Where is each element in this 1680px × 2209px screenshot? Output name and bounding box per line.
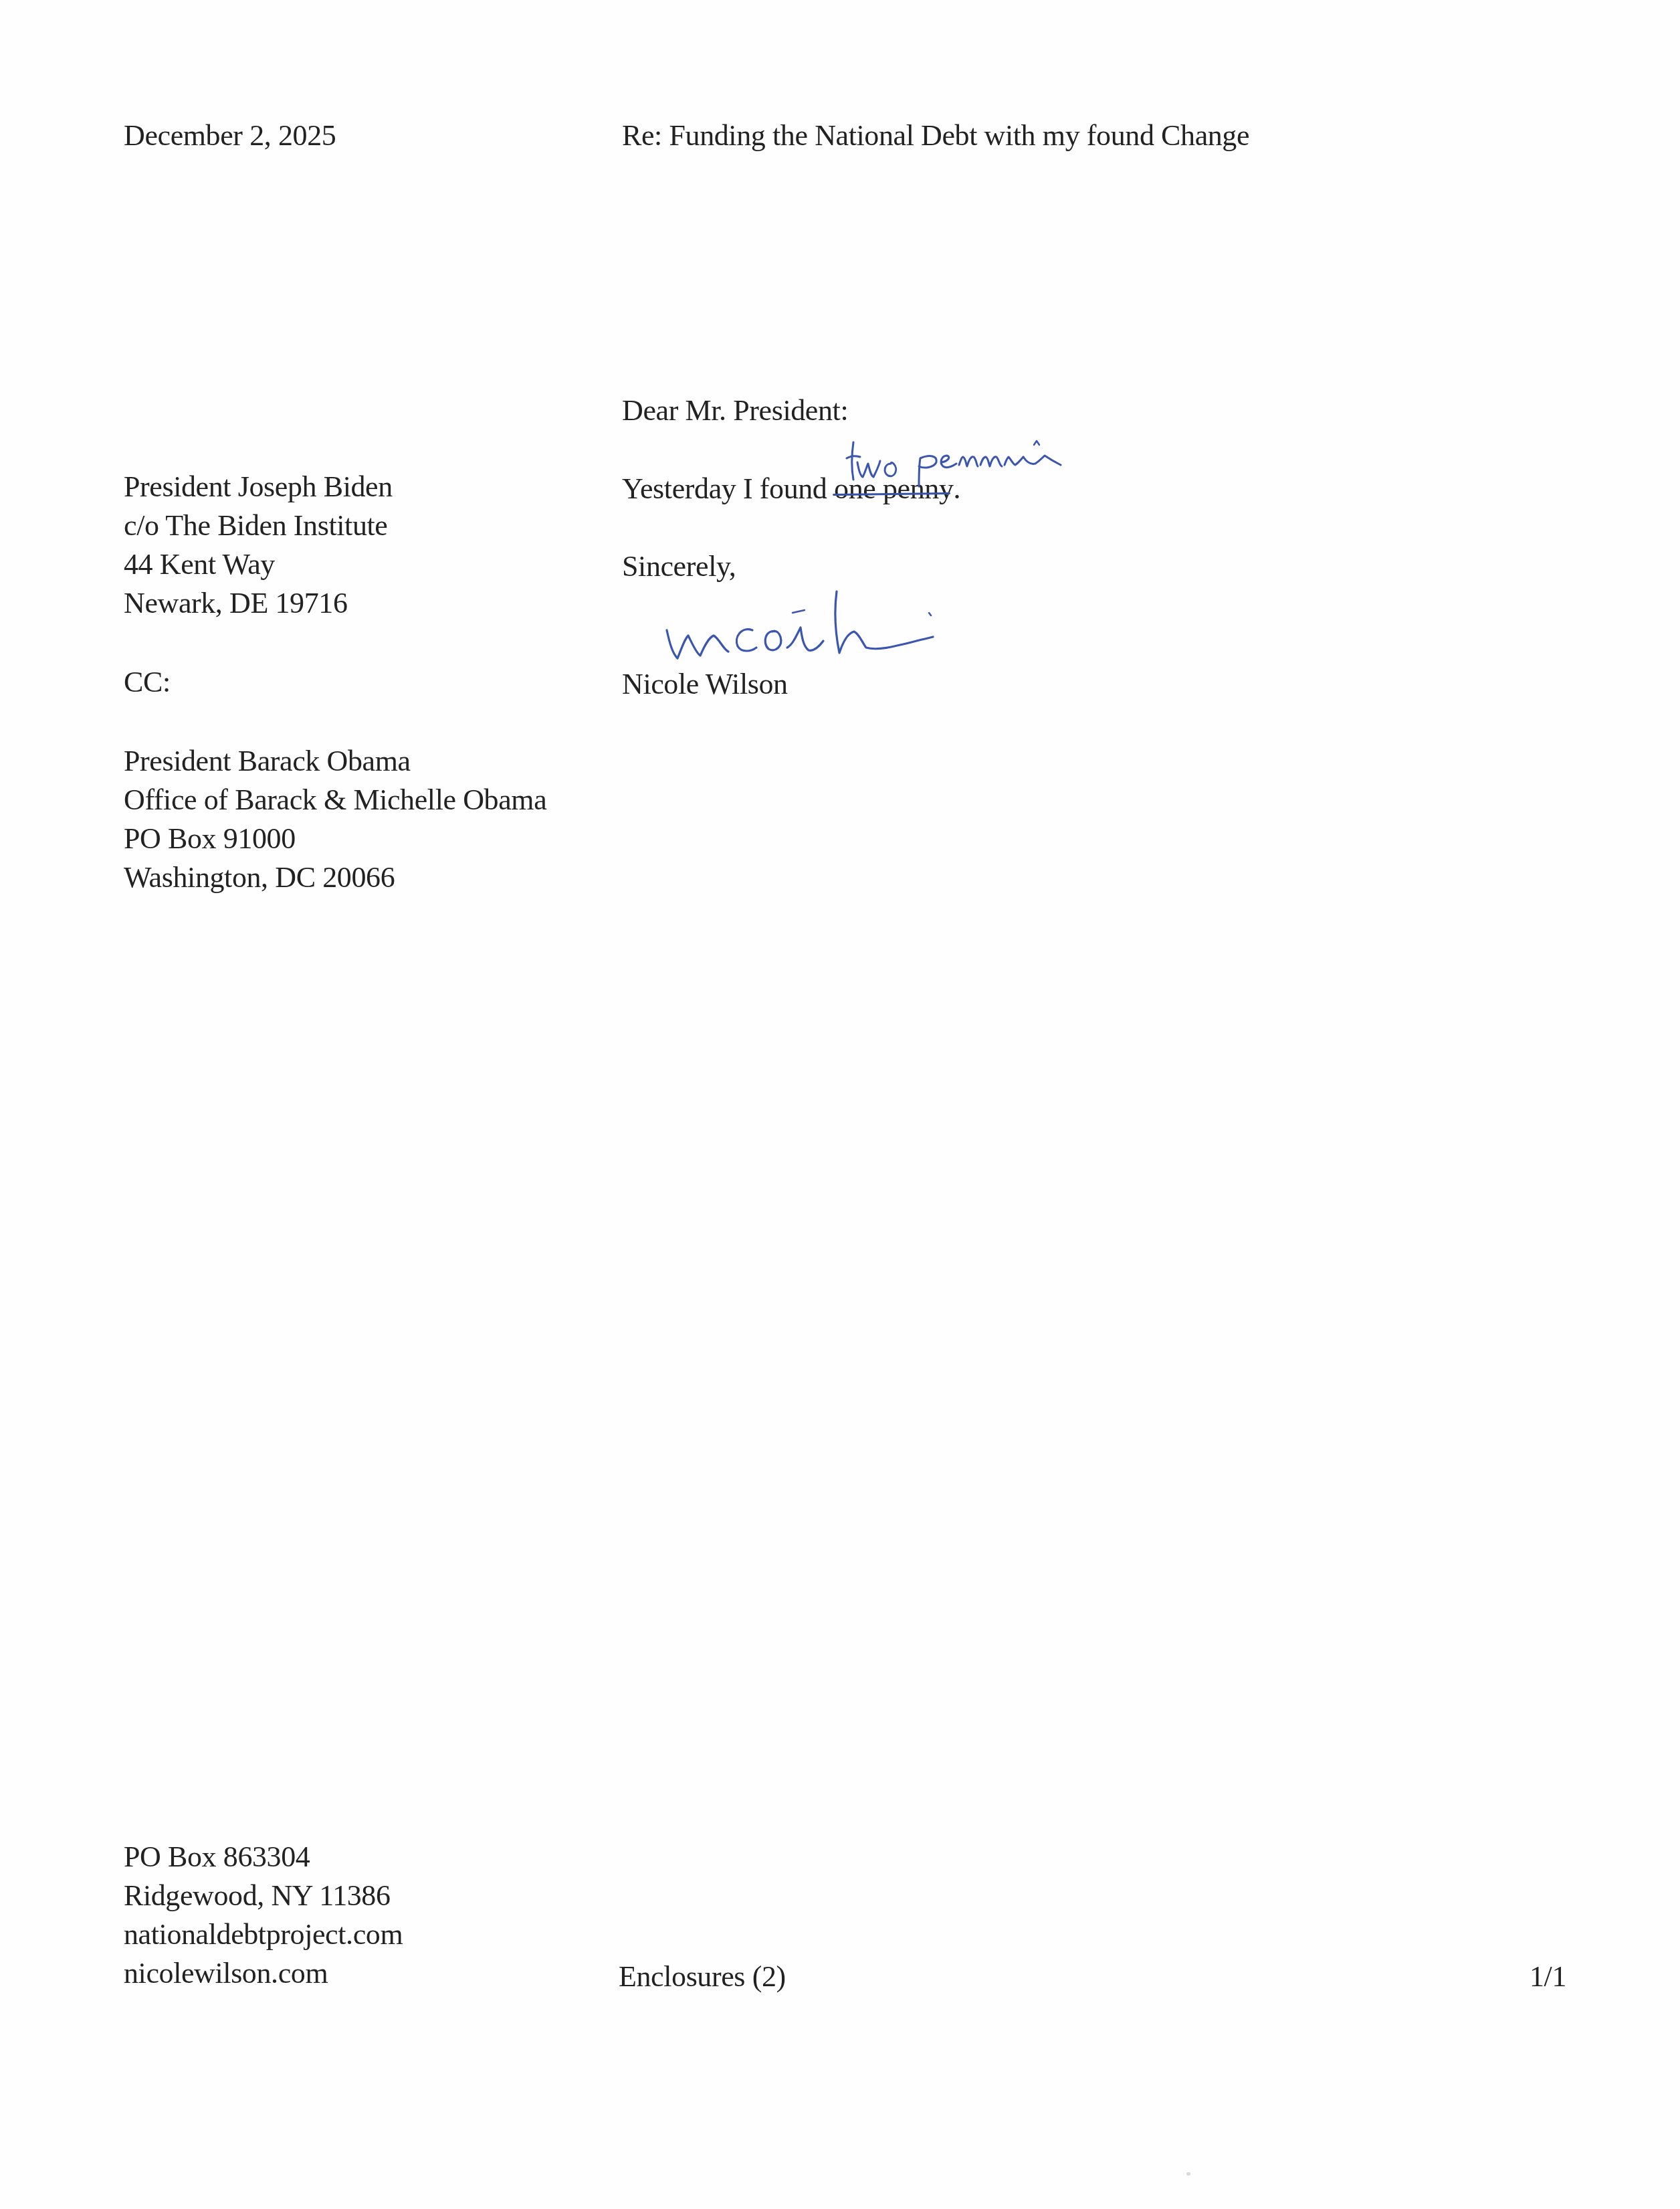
sender-address: PO Box 863304 Ridgewood, NY 11386 nation… xyxy=(124,1838,403,1993)
sender-city: Ridgewood, NY 11386 xyxy=(124,1877,403,1915)
signature xyxy=(659,589,960,672)
recipient-street: 44 Kent Way xyxy=(124,545,393,584)
body-prefix: Yesterday I found xyxy=(622,472,834,505)
letter-date: December 2, 2025 xyxy=(124,116,336,155)
salutation: Dear Mr. President: xyxy=(622,391,848,430)
letter-page: December 2, 2025 Re: Funding the Nationa… xyxy=(0,0,1680,2209)
cc-name: President Barack Obama xyxy=(124,742,546,781)
handwritten-correction xyxy=(844,438,1098,492)
scan-speck xyxy=(1186,2172,1190,2176)
enclosures-note: Enclosures (2) xyxy=(619,1957,786,1996)
page-number: 1/1 xyxy=(1530,1957,1566,1996)
cc-address: President Barack Obama Office of Barack … xyxy=(124,742,546,897)
recipient-address: President Joseph Biden c/o The Biden Ins… xyxy=(124,468,393,623)
sender-website-project: nationaldebtproject.com xyxy=(124,1915,403,1954)
closing: Sincerely, xyxy=(622,547,736,586)
letter-subject: Re: Funding the National Debt with my fo… xyxy=(622,116,1249,155)
recipient-name: President Joseph Biden xyxy=(124,468,393,506)
sender-po-box: PO Box 863304 xyxy=(124,1838,403,1877)
recipient-city: Newark, DE 19716 xyxy=(124,584,393,623)
cc-po-box: PO Box 91000 xyxy=(124,820,546,858)
cc-organization: Office of Barack & Michelle Obama xyxy=(124,781,546,820)
sender-website-personal: nicolewilson.com xyxy=(124,1954,403,1993)
recipient-organization: c/o The Biden Institute xyxy=(124,506,393,545)
cc-label: CC: xyxy=(124,663,171,702)
signer-name: Nicole Wilson xyxy=(622,665,788,704)
cc-city: Washington, DC 20066 xyxy=(124,858,546,897)
